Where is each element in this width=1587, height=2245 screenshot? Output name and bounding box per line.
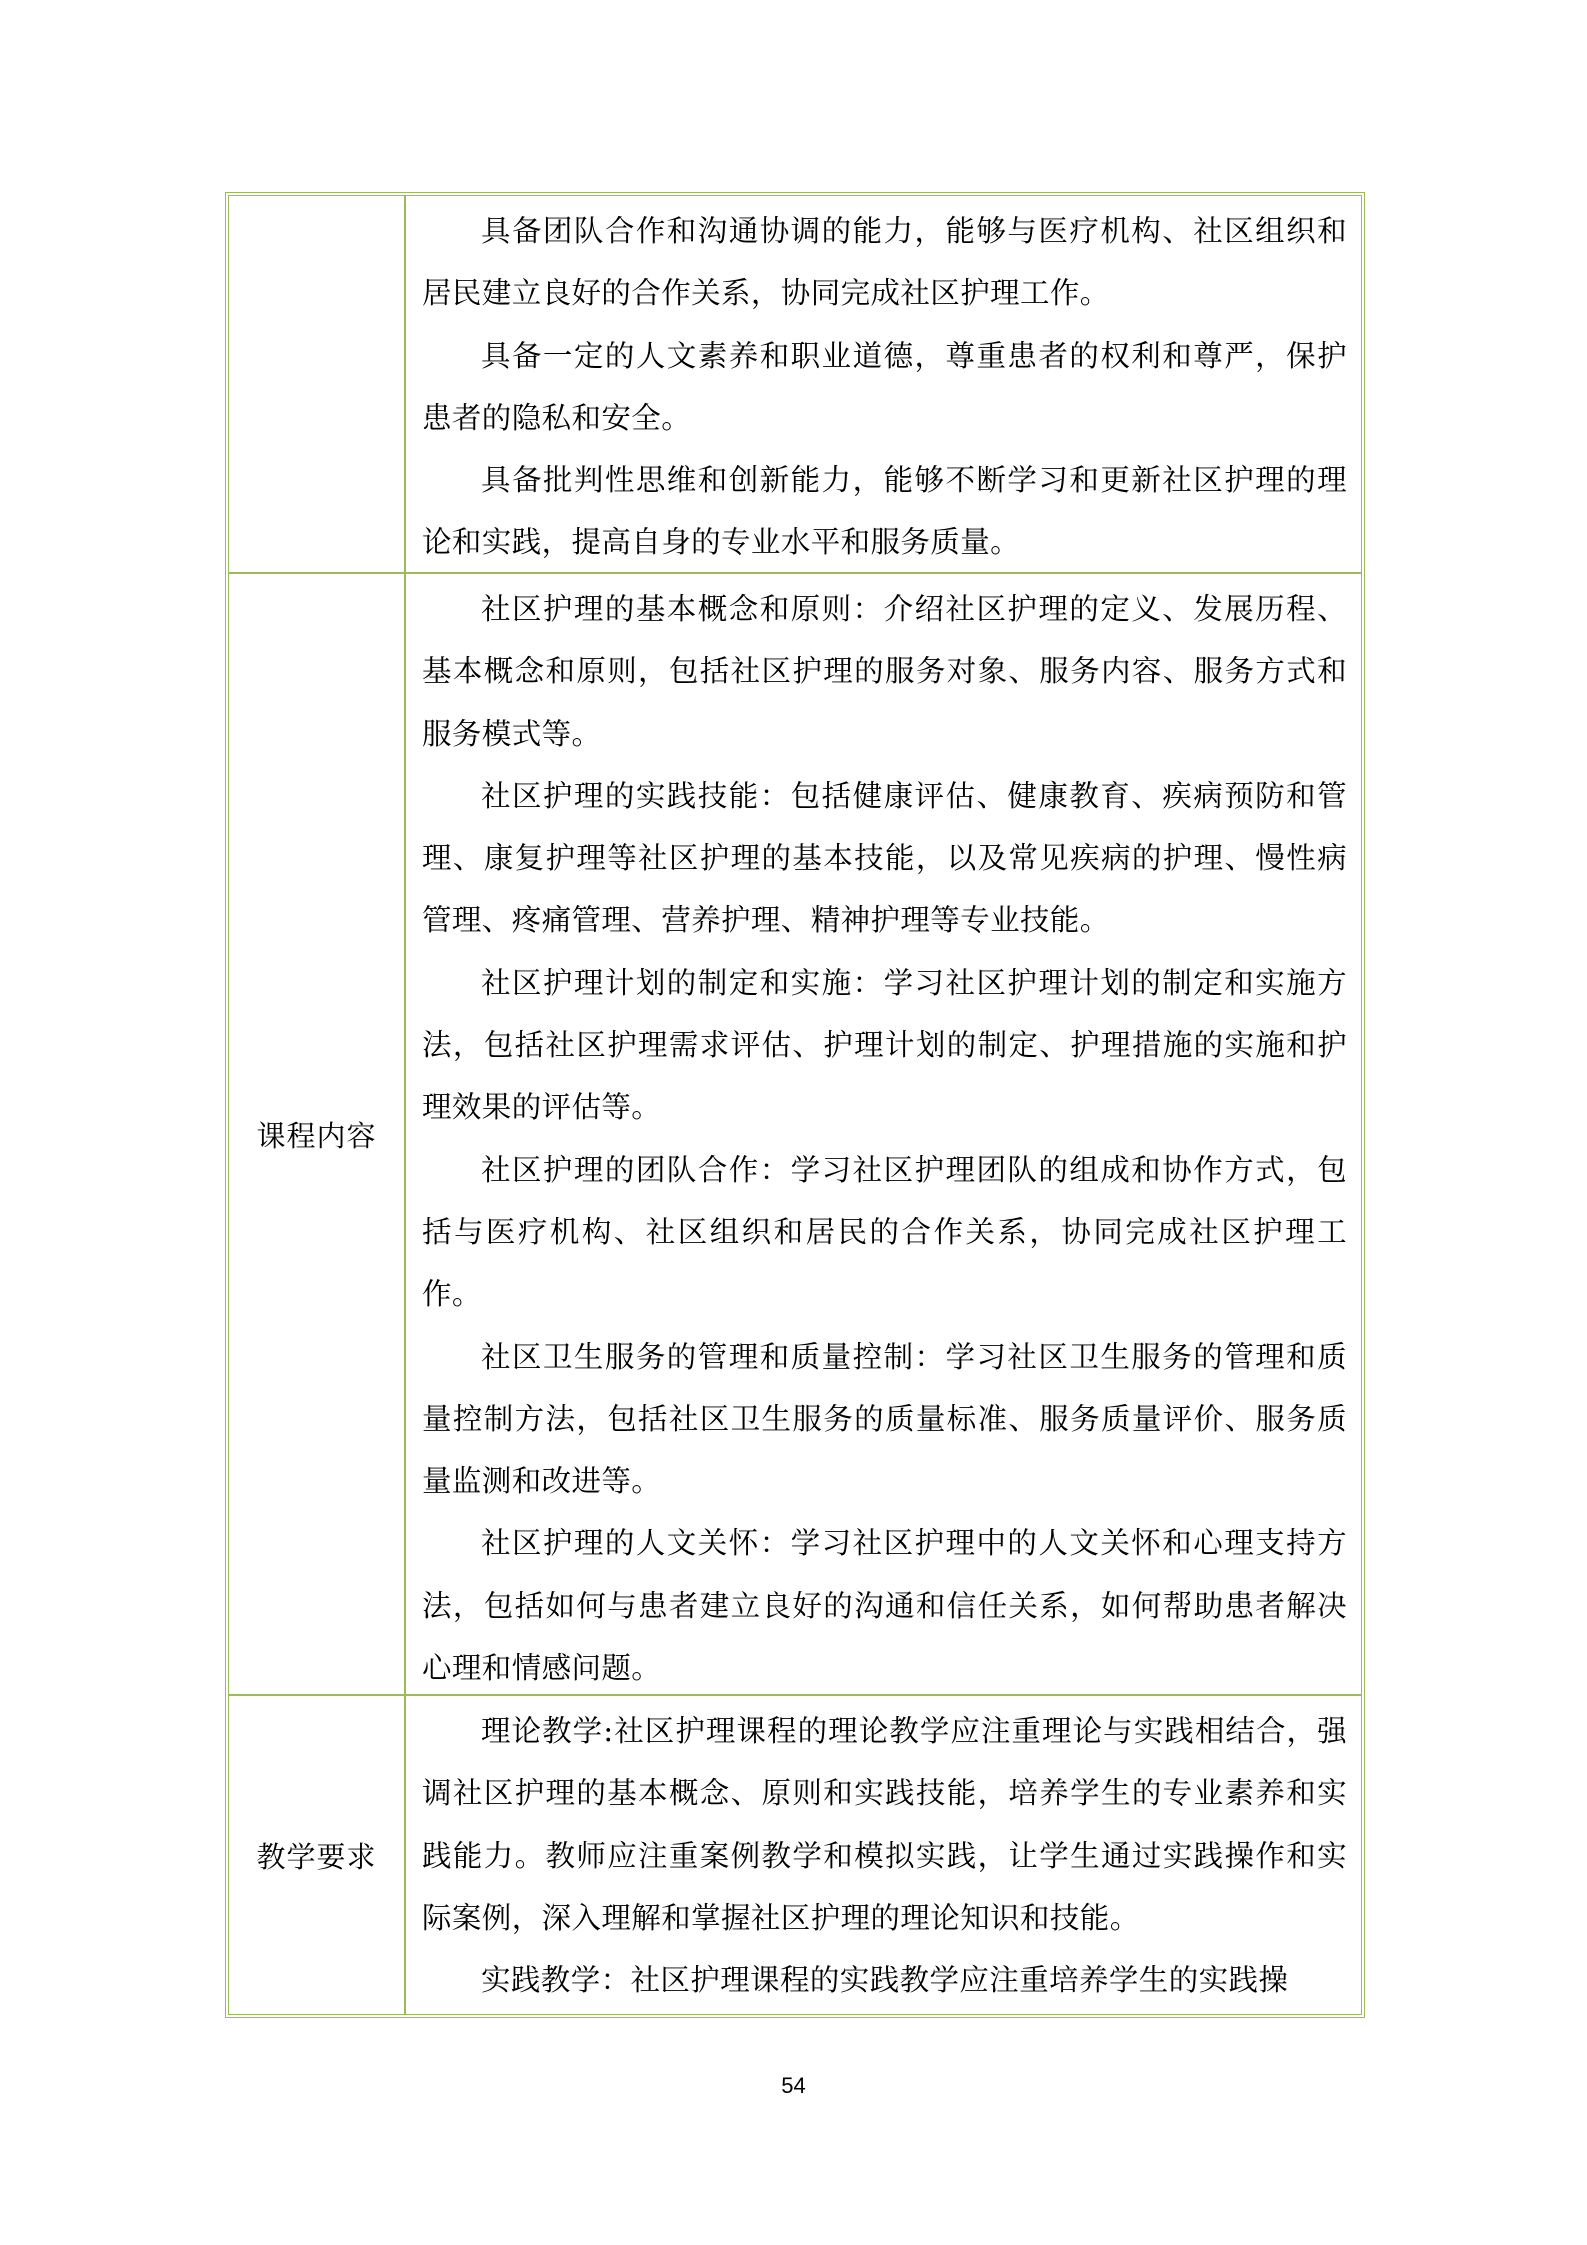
paragraph: 社区护理的团队合作：学习社区护理团队的组成和协作方式，包括与医疗机构、社区组织和… — [422, 1139, 1347, 1326]
paragraph: 社区护理的实践技能：包括健康评估、健康教育、疾病预防和管理、康复护理等社区护理的… — [422, 765, 1347, 952]
row-label-teaching-requirements: 教学要求 — [229, 1696, 406, 2014]
paragraph: 理论教学:社区护理课程的理论教学应注重理论与实践相结合，强调社区护理的基本概念、… — [422, 1700, 1347, 1949]
paragraph: 具备团队合作和沟通协调的能力，能够与医疗机构、社区组织和居民建立良好的合作关系，… — [422, 200, 1347, 325]
paragraph: 社区护理计划的制定和实施：学习社区护理计划的制定和实施方法，包括社区护理需求评估… — [422, 952, 1347, 1139]
page-number: 54 — [0, 2073, 1587, 2099]
paragraph: 实践教学：社区护理课程的实践教学应注重培养学生的实践操 — [422, 1949, 1347, 2011]
paragraph: 具备批判性思维和创新能力，能够不断学习和更新社区护理的理论和实践，提高自身的专业… — [422, 449, 1347, 572]
paragraph: 社区护理的人文关怀：学习社区护理中的人文关怀和心理支持方法，包括如何与患者建立良… — [422, 1512, 1347, 1694]
table-row-course-content: 课程内容 社区护理的基本概念和原则：介绍社区护理的定义、发展历程、基本概念和原则… — [229, 572, 1361, 1694]
paragraph: 具备一定的人文素养和职业道德，尊重患者的权利和尊严，保护患者的隐私和安全。 — [422, 325, 1347, 450]
table-row-teaching-requirements: 教学要求 理论教学:社区护理课程的理论教学应注重理论与实践相结合，强调社区护理的… — [229, 1694, 1361, 2014]
table-row-abilities: 具备团队合作和沟通协调的能力，能够与医疗机构、社区组织和居民建立良好的合作关系，… — [229, 196, 1361, 572]
row-label-course-content: 课程内容 — [229, 574, 406, 1694]
course-table: 具备团队合作和沟通协调的能力，能够与医疗机构、社区组织和居民建立良好的合作关系，… — [225, 192, 1365, 2018]
row-label — [229, 196, 406, 572]
row-content: 具备团队合作和沟通协调的能力，能够与医疗机构、社区组织和居民建立良好的合作关系，… — [406, 196, 1361, 572]
row-content: 理论教学:社区护理课程的理论教学应注重理论与实践相结合，强调社区护理的基本概念、… — [406, 1696, 1361, 2014]
paragraph: 社区卫生服务的管理和质量控制：学习社区卫生服务的管理和质量控制方法，包括社区卫生… — [422, 1326, 1347, 1513]
row-content: 社区护理的基本概念和原则：介绍社区护理的定义、发展历程、基本概念和原则，包括社区… — [406, 574, 1361, 1694]
paragraph: 社区护理的基本概念和原则：介绍社区护理的定义、发展历程、基本概念和原则，包括社区… — [422, 578, 1347, 765]
